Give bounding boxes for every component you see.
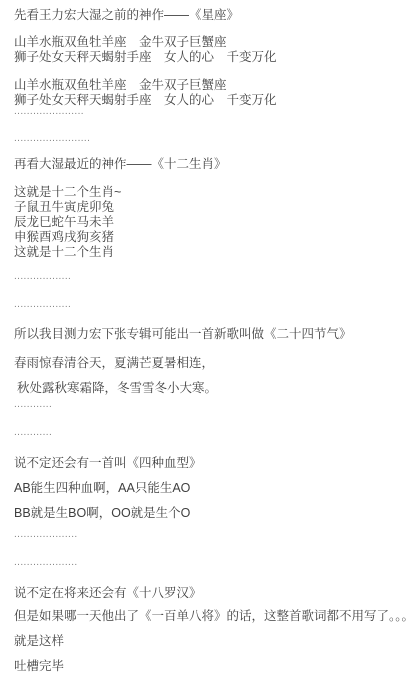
text-line: 春雨惊春清谷天，夏满芒夏暑相连， bbox=[14, 356, 214, 370]
post-title-xuexing: 说不定还会有一首叫《四种血型》 bbox=[14, 456, 416, 471]
separator-dots: .................... bbox=[14, 559, 416, 567]
separator-dots: ............ bbox=[14, 429, 416, 437]
text-line: 再看大湿最近的神作——《十二生肖》 bbox=[14, 157, 227, 171]
lyrics-jieqi-line-2: 秋处露秋寒霜降，冬雪雪冬小大寒。 bbox=[14, 381, 416, 396]
separator-dots: .................. bbox=[14, 301, 416, 309]
separator-dots: ........................ bbox=[14, 135, 416, 143]
text-line: 说不定在将来还会有《十八罗汉》 bbox=[14, 586, 202, 600]
post-line-closing-1: 就是这样 bbox=[14, 634, 416, 649]
separator-dots: ............ bbox=[14, 401, 416, 409]
text-line: 这就是十二个生肖~ bbox=[14, 185, 416, 200]
post-title-xingzuo: 先看王力宏大湿之前的神作——《星座》 bbox=[14, 8, 416, 23]
text-line: 吐槽完毕 bbox=[14, 659, 64, 673]
lyrics-shengxiao-verse: 这就是十二个生肖~ 子鼠丑牛寅虎卯兔 辰龙巳蛇午马未羊 申猴酉鸡戌狗亥猪 这就是… bbox=[14, 185, 416, 260]
lyrics-xingzuo-verse-1: 山羊水瓶双鱼牡羊座 金牛双子巨蟹座 狮子处女天秤天蝎射手座 女人的心 千变万化 bbox=[14, 35, 416, 65]
text-line: 辰龙巳蛇午马未羊 bbox=[14, 215, 416, 230]
lyrics-xuexing-line-2: BB就是生BO啊，OO就是生个O bbox=[14, 506, 416, 521]
post-line-shuihu: 但是如果哪一天他出了《一百单八将》的话，这整首歌词都不用写了。。。 bbox=[14, 609, 416, 624]
page: { "page": { "background": "#ffffff", "te… bbox=[0, 0, 420, 681]
post-title-shengxiao: 再看大湿最近的神作——《十二生肖》 bbox=[14, 157, 416, 172]
text-line: AB能生四种血啊，AA只能生AO bbox=[14, 481, 190, 495]
text-line: 山羊水瓶双鱼牡羊座 金牛双子巨蟹座 bbox=[14, 78, 416, 93]
text-line: 说不定还会有一首叫《四种血型》 bbox=[14, 456, 202, 470]
text-line: 山羊水瓶双鱼牡羊座 金牛双子巨蟹座 bbox=[14, 35, 416, 50]
text-line: 先看王力宏大湿之前的神作——《星座》 bbox=[14, 8, 239, 22]
post-title-jieqi: 所以我目测力宏下张专辑可能出一首新歌叫做《二十四节气》 bbox=[14, 327, 416, 342]
text-line: 这就是十二个生肖 bbox=[14, 245, 416, 260]
lyrics-jieqi-line-1: 春雨惊春清谷天，夏满芒夏暑相连， bbox=[14, 356, 416, 371]
text-line: 秋处露秋寒霜降，冬雪雪冬小大寒。 bbox=[17, 381, 217, 395]
text-line: 子鼠丑牛寅虎卯兔 bbox=[14, 200, 416, 215]
post-content: 先看王力宏大湿之前的神作——《星座》 山羊水瓶双鱼牡羊座 金牛双子巨蟹座 狮子处… bbox=[0, 0, 420, 674]
separator-dots: .................. bbox=[14, 273, 416, 281]
separator-dots: ...................... bbox=[14, 108, 416, 116]
lyrics-xingzuo-verse-2: 山羊水瓶双鱼牡羊座 金牛双子巨蟹座 狮子处女天秤天蝎射手座 女人的心 千变万化 bbox=[14, 78, 416, 108]
post-line-closing-2: 吐槽完毕 bbox=[14, 659, 416, 674]
separator-dots: .................... bbox=[14, 531, 416, 539]
text-line: 但是如果哪一天他出了《一百单八将》的话，这整首歌词都不用写了。。。 bbox=[14, 609, 414, 623]
text-line: 就是这样 bbox=[14, 634, 64, 648]
text-line: 申猴酉鸡戌狗亥猪 bbox=[14, 230, 416, 245]
post-line-luohan: 说不定在将来还会有《十八罗汉》 bbox=[14, 586, 416, 601]
text-line: 狮子处女天秤天蝎射手座 女人的心 千变万化 bbox=[14, 50, 416, 65]
text-line: 所以我目测力宏下张专辑可能出一首新歌叫做《二十四节气》 bbox=[14, 327, 352, 341]
text-line: BB就是生BO啊，OO就是生个O bbox=[14, 506, 190, 520]
lyrics-xuexing-line-1: AB能生四种血啊，AA只能生AO bbox=[14, 481, 416, 496]
